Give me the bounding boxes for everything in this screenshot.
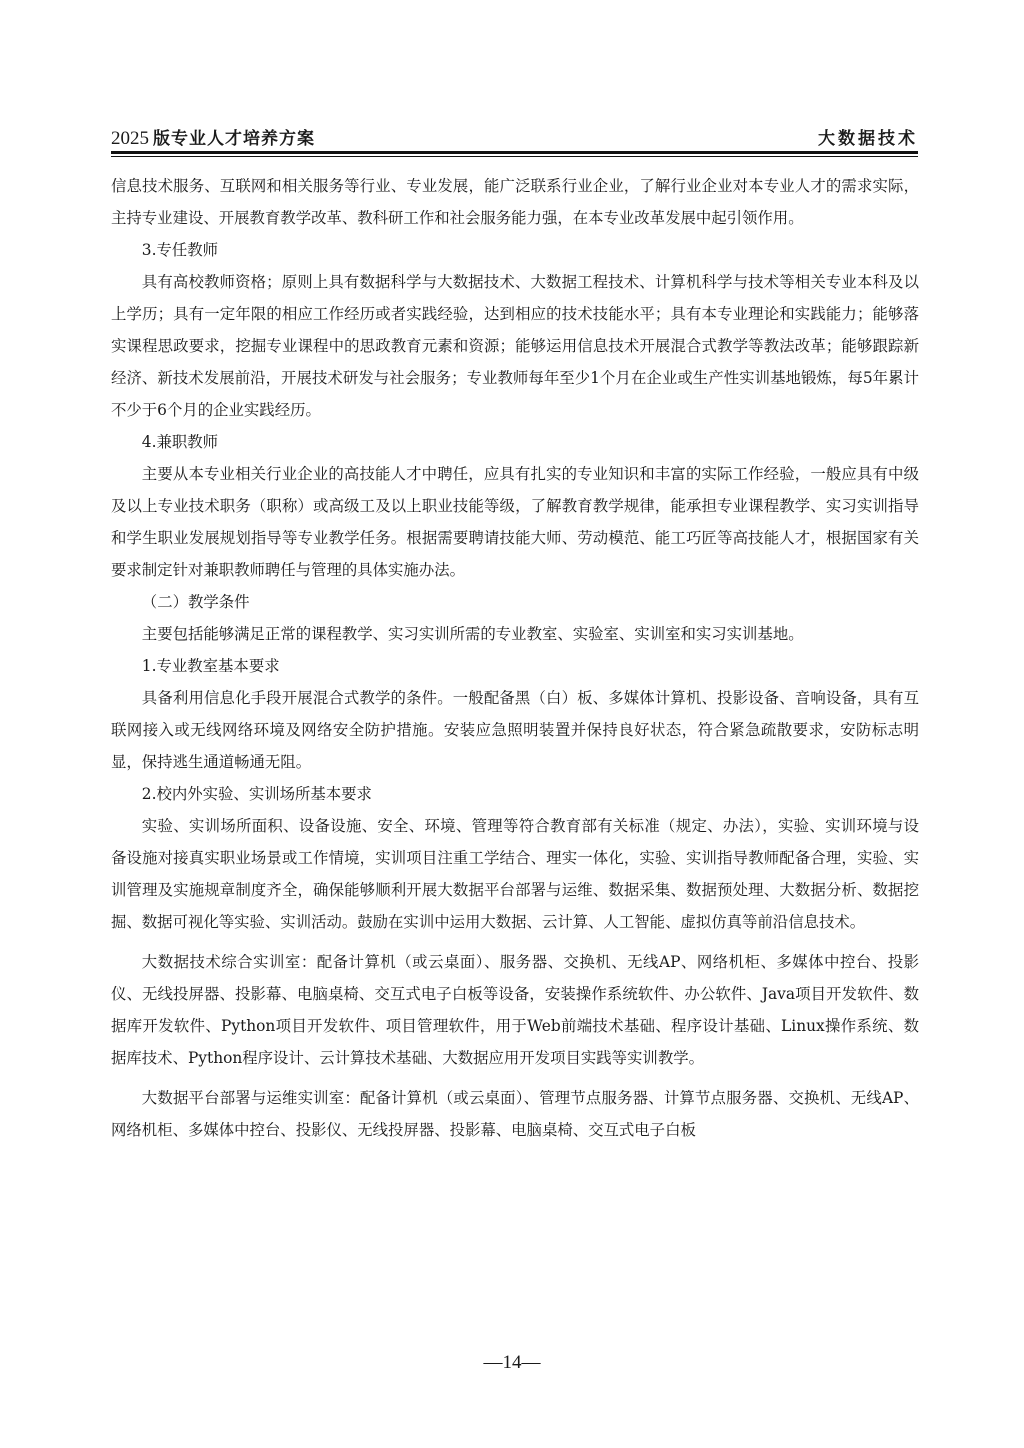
section-heading-part-time-teachers: 4.兼职教师: [111, 426, 919, 458]
header-rule-thick: [111, 151, 918, 154]
section-heading-training-site-requirements: 2.校内外实验、实训场所基本要求: [111, 778, 919, 810]
paragraph-part-time-teachers: 主要从本专业相关行业企业的高技能人才中聘任，应具有扎实的专业知识和丰富的实际工作…: [111, 458, 919, 586]
header-major-title: 大数据技术: [818, 128, 918, 150]
paragraph-classroom-requirements: 具备利用信息化手段开展混合式教学的条件。一般配备黑（白）板、多媒体计算机、投影设…: [111, 682, 919, 778]
paragraph-bigdata-integrated-lab: 大数据技术综合实训室：配备计算机（或云桌面）、服务器、交换机、无线AP、网络机柜…: [111, 946, 919, 1074]
header-rule-thin: [111, 156, 918, 157]
header-year: 2025: [111, 128, 149, 149]
header-left-title: 版专业人才培养方案: [153, 129, 315, 149]
page-number: —14—: [0, 1352, 1024, 1374]
paragraph-teaching-conditions: 主要包括能够满足正常的课程教学、实习实训所需的专业教室、实验室、实训室和实习实训…: [111, 618, 919, 650]
page-header: 2025版专业人才培养方案 大数据技术: [111, 128, 918, 150]
paragraph-bigdata-platform-lab: 大数据平台部署与运维实训室：配备计算机（或云桌面）、管理节点服务器、计算节点服务…: [111, 1082, 919, 1146]
document-body: 信息技术服务、互联网和相关服务等行业、专业发展，能广泛联系行业企业，了解行业企业…: [111, 170, 919, 1146]
paragraph-training-site-requirements: 实验、实训场所面积、设备设施、安全、环境、管理等符合教育部有关标准（规定、办法）…: [111, 810, 919, 938]
section-heading-classroom-requirements: 1.专业教室基本要求: [111, 650, 919, 682]
paragraph-continuation: 信息技术服务、互联网和相关服务等行业、专业发展，能广泛联系行业企业，了解行业企业…: [111, 170, 919, 234]
section-heading-full-time-teachers: 3.专任教师: [111, 234, 919, 266]
paragraph-full-time-teachers: 具有高校教师资格；原则上具有数据科学与大数据技术、大数据工程技术、计算机科学与技…: [111, 266, 919, 426]
section-heading-teaching-conditions: （二）教学条件: [111, 586, 919, 618]
header-document-title: 2025版专业人才培养方案: [111, 128, 315, 150]
